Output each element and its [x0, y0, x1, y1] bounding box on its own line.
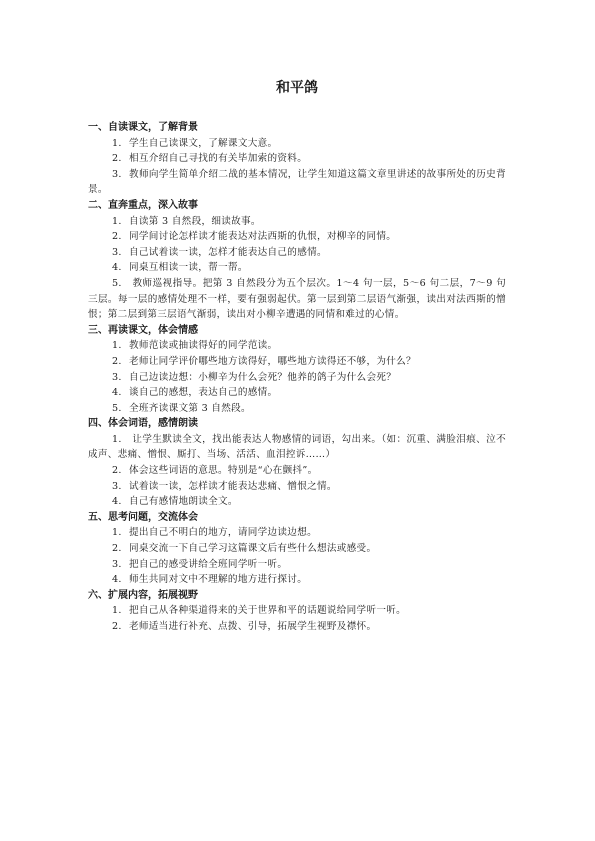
item-text: 同桌互相读一读，帮一帮。 [129, 262, 248, 273]
list-item: 1.学生自己读课文，了解课文大意。 [88, 136, 506, 152]
item-text: 教师巡视指导。把第 3 自然段分为五个层次。1～4 句一层，5～6 句二层，7～… [88, 278, 506, 320]
item-number: 1. [112, 338, 129, 354]
item-text: 教师向学生简单介绍二战的基本情况，让学生知道这篇文章里讲述的故事所处的历史背景。 [88, 169, 506, 196]
item-number: 2. [112, 541, 129, 557]
item-text: 体会这些词语的意思。特别是“心在颤抖”。 [129, 465, 318, 476]
list-item: 2.体会这些词语的意思。特别是“心在颤抖”。 [88, 463, 506, 479]
list-item: 4.师生共同对文中不理解的地方进行探讨。 [88, 572, 506, 588]
item-number: 2. [112, 619, 129, 635]
list-item: 2.同学间讨论怎样读才能表达对法西斯的仇恨，对柳辛的同情。 [88, 229, 506, 245]
list-item: 3.试着读一读，怎样读才能表达悲痛、憎恨之情。 [88, 479, 506, 495]
item-text: 自己边读边想：小柳辛为什么会死？他养的鸽子为什么会死？ [129, 372, 396, 383]
document-body: 一、自读课文，了解背景1.学生自己读课文，了解课文大意。2.相互介绍自己寻找的有… [88, 120, 506, 635]
item-text: 学生自己读课文，了解课文大意。 [129, 138, 277, 149]
list-item: 1.提出自己不明白的地方，请同学边读边想。 [88, 525, 506, 541]
item-text: 让学生默读全文，找出能表达人物感情的词语，勾出来。（如：沉重、满脸泪痕、泣不成声… [88, 434, 506, 461]
list-item: 3.教师向学生简单介绍二战的基本情况，让学生知道这篇文章里讲述的故事所处的历史背… [88, 167, 506, 198]
item-number: 2. [112, 354, 129, 370]
item-number: 1. [112, 214, 129, 230]
list-item: 4.谈自己的感想，表达自己的感情。 [88, 385, 506, 401]
item-number: 1. [112, 603, 129, 619]
list-item: 3.自己边读边想：小柳辛为什么会死？他养的鸽子为什么会死？ [88, 370, 506, 386]
item-number: 1. [112, 525, 129, 541]
list-item: 3.把自己的感受讲给全班同学听一听。 [88, 557, 506, 573]
item-number: 3. [112, 245, 129, 261]
list-item: 2.老师适当进行补充、点拨、引导，拓展学生视野及襟怀。 [88, 619, 506, 635]
section-heading: 六、扩展内容，拓展视野 [88, 588, 506, 604]
item-text: 同学间讨论怎样读才能表达对法西斯的仇恨，对柳辛的同情。 [129, 231, 396, 242]
item-text: 把自己的感受讲给全班同学听一听。 [129, 559, 287, 570]
list-item: 1.自读第 3 自然段，细读故事。 [88, 214, 506, 230]
document-page: 和平鸽 一、自读课文，了解背景1.学生自己读课文，了解课文大意。2.相互介绍自己… [88, 78, 506, 635]
item-text: 相互介绍自己寻找的有关毕加索的资料。 [129, 153, 307, 164]
item-number: 1. [112, 136, 129, 152]
item-number: 2. [112, 151, 129, 167]
list-item: 1. 让学生默读全文，找出能表达人物感情的词语，勾出来。（如：沉重、满脸泪痕、泣… [88, 432, 506, 463]
item-number: 4. [112, 494, 129, 510]
item-number: 4. [112, 260, 129, 276]
list-item: 5. 教师巡视指导。把第 3 自然段分为五个层次。1～4 句一层，5～6 句二层… [88, 276, 506, 323]
item-text: 自己试着读一读，怎样才能表达自己的感情。 [129, 247, 327, 258]
list-item: 5.全班齐读课文第 3 自然段。 [88, 401, 506, 417]
list-item: 4.同桌互相读一读，帮一帮。 [88, 260, 506, 276]
item-number: 5. [112, 401, 129, 417]
item-text: 老师适当进行补充、点拨、引导，拓展学生视野及襟怀。 [129, 621, 376, 632]
item-text: 同桌交流一下自己学习这篇课文后有些什么想法或感受。 [129, 543, 376, 554]
document-title: 和平鸽 [88, 78, 506, 98]
item-text: 谈自己的感想，表达自己的感情。 [129, 387, 277, 398]
item-number: 1. [112, 432, 129, 448]
item-number: 5. [112, 276, 129, 292]
list-item: 4.自己有感情地朗读全文。 [88, 494, 506, 510]
item-number: 3. [112, 479, 129, 495]
list-item: 1.把自己从各种渠道得来的关于世界和平的话题说给同学听一听。 [88, 603, 506, 619]
section-heading: 二、直奔重点，深入故事 [88, 198, 506, 214]
list-item: 1.教师范读或抽读得好的同学范读。 [88, 338, 506, 354]
list-item: 3.自己试着读一读，怎样才能表达自己的感情。 [88, 245, 506, 261]
item-text: 试着读一读，怎样读才能表达悲痛、憎恨之情。 [129, 481, 337, 492]
list-item: 2.老师让同学评价哪些地方读得好，哪些地方读得还不够，为什么？ [88, 354, 506, 370]
item-number: 4. [112, 572, 129, 588]
section-heading: 五、思考问题，交流体会 [88, 510, 506, 526]
item-text: 把自己从各种渠道得来的关于世界和平的话题说给同学听一听。 [129, 605, 406, 616]
list-item: 2.同桌交流一下自己学习这篇课文后有些什么想法或感受。 [88, 541, 506, 557]
item-text: 教师范读或抽读得好的同学范读。 [129, 340, 277, 351]
item-number: 3. [112, 370, 129, 386]
item-text: 提出自己不明白的地方，请同学边读边想。 [129, 527, 317, 538]
item-number: 3. [112, 557, 129, 573]
item-text: 老师让同学评价哪些地方读得好，哪些地方读得还不够，为什么？ [129, 356, 416, 367]
item-number: 2. [112, 463, 129, 479]
list-item: 2.相互介绍自己寻找的有关毕加索的资料。 [88, 151, 506, 167]
item-text: 师生共同对文中不理解的地方进行探讨。 [129, 574, 307, 585]
item-text: 全班齐读课文第 3 自然段。 [129, 403, 251, 414]
item-text: 自己有感情地朗读全文。 [129, 496, 238, 507]
section-heading: 一、自读课文，了解背景 [88, 120, 506, 136]
item-number: 2. [112, 229, 129, 245]
item-number: 4. [112, 385, 129, 401]
item-number: 3. [112, 167, 129, 183]
section-heading: 四、体会词语，感情朗读 [88, 416, 506, 432]
item-text: 自读第 3 自然段，细读故事。 [129, 216, 261, 227]
section-heading: 三、再读课文，体会情感 [88, 323, 506, 339]
